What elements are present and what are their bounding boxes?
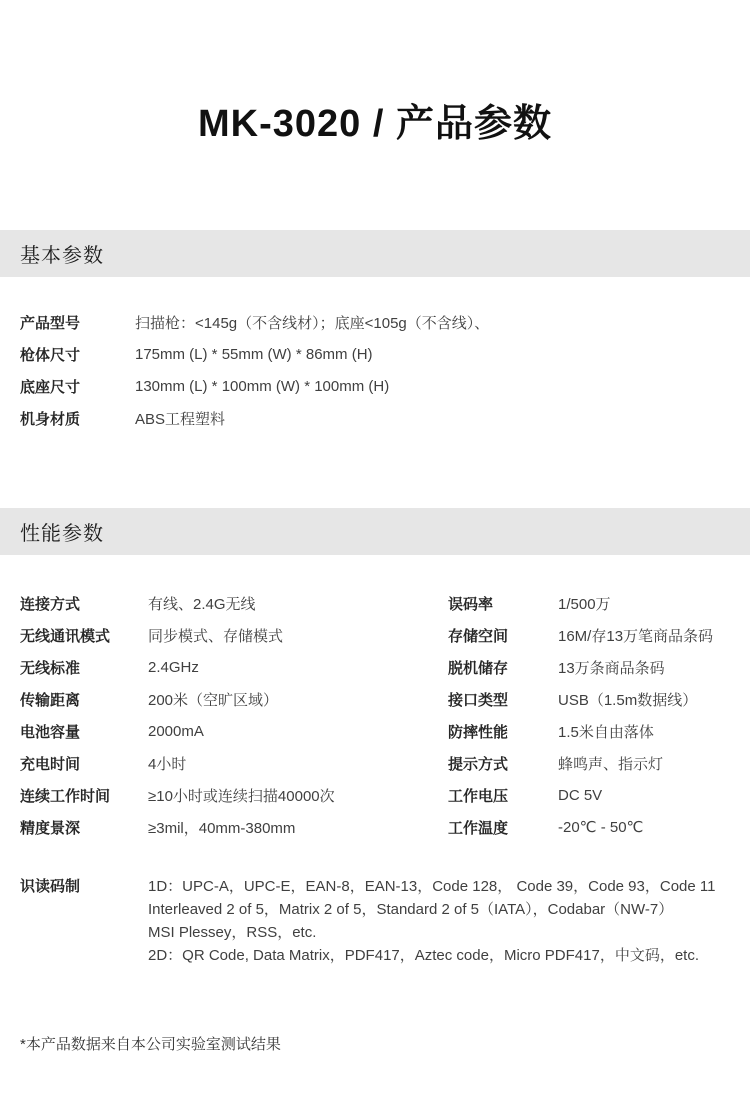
table-row: 产品型号 扫描枪：<145g（不含线材）；底座<105g（不含线）、 xyxy=(0,306,750,338)
spec-label: 接口类型 xyxy=(448,689,558,710)
spec-value: ABS工程塑料 xyxy=(135,408,225,429)
spec-label: 枪体尺寸 xyxy=(20,344,135,365)
spec-value: -20℃ - 50℃ xyxy=(558,818,643,836)
table-row: 接口类型 USB（1.5m数据线） xyxy=(428,683,750,715)
table-row: 枪体尺寸 175mm (L) * 55mm (W) * 86mm (H) xyxy=(0,338,750,370)
table-row: 工作电压 DC 5V xyxy=(428,779,750,811)
spec-label: 提示方式 xyxy=(448,753,558,774)
footnote: *本产品数据来自本公司实验室测试结果 xyxy=(20,1033,750,1054)
codes-line-1d-continued: Interleaved 2 of 5，Matrix 2 of 5，Standar… xyxy=(148,898,750,921)
spec-value: 1.5米自由落体 xyxy=(558,721,654,742)
spec-label: 底座尺寸 xyxy=(20,376,135,397)
table-row: 机身材质 ABS工程塑料 xyxy=(0,402,750,434)
spec-label: 精度景深 xyxy=(20,817,148,838)
codes-line-2d: 2D：QR Code, Data Matrix，PDF417，Aztec cod… xyxy=(148,944,750,967)
spec-value: 蜂鸣声、指示灯 xyxy=(558,753,663,774)
spec-label: 机身材质 xyxy=(20,408,135,429)
spec-label: 防摔性能 xyxy=(448,721,558,742)
spec-value: 200米（空旷区域） xyxy=(148,689,278,710)
spec-value: 16M/存13万笔商品条码 xyxy=(558,625,713,646)
spec-value: 有线、2.4G无线 xyxy=(148,593,256,614)
spec-label: 脱机储存 xyxy=(448,657,558,678)
spec-value: ≥3mil，40mm-380mm xyxy=(148,817,295,838)
spec-value: 175mm (L) * 55mm (W) * 86mm (H) xyxy=(135,346,373,363)
performance-spec-table: 连接方式 有线、2.4G无线 无线通讯模式 同步模式、存储模式 无线标准 2.4… xyxy=(0,587,750,843)
table-row: 存储空间 16M/存13万笔商品条码 xyxy=(428,619,750,651)
section-title-performance: 性能参数 xyxy=(20,517,104,546)
table-row: 连接方式 有线、2.4G无线 xyxy=(0,587,428,619)
spec-value: 130mm (L) * 100mm (W) * 100mm (H) xyxy=(135,378,389,395)
spec-label: 工作电压 xyxy=(448,785,558,806)
basic-spec-table: 产品型号 扫描枪：<145g（不含线材）；底座<105g（不含线）、 枪体尺寸 … xyxy=(0,306,750,434)
table-row: 底座尺寸 130mm (L) * 100mm (W) * 100mm (H) xyxy=(0,370,750,402)
spec-label: 连接方式 xyxy=(20,593,148,614)
codes-line-1d-continued-2: MSI Plessey，RSS，etc. xyxy=(148,921,750,944)
spec-label: 产品型号 xyxy=(20,312,135,333)
table-row: 连续工作时间 ≥10小时或连续扫描40000次 xyxy=(0,779,428,811)
barcode-symbologies-row: 识读码制 1D：UPC-A，UPC-E，EAN-8，EAN-13，Code 12… xyxy=(0,875,750,967)
table-row: 脱机储存 13万条商品条码 xyxy=(428,651,750,683)
spec-label: 无线通讯模式 xyxy=(20,625,148,646)
table-row: 工作温度 -20℃ - 50℃ xyxy=(428,811,750,843)
table-row: 传输距离 200米（空旷区域） xyxy=(0,683,428,715)
spec-value: 1/500万 xyxy=(558,593,611,614)
page-title: MK-3020 / 产品参数 xyxy=(0,0,750,149)
spec-label: 连续工作时间 xyxy=(20,785,148,806)
spec-value: 扫描枪：<145g（不含线材）；底座<105g（不含线）、 xyxy=(135,312,489,333)
spec-value: 同步模式、存储模式 xyxy=(148,625,283,646)
spec-value: 2.4GHz xyxy=(148,659,199,676)
product-spec-page: MK-3020 / 产品参数 基本参数 产品型号 扫描枪：<145g（不含线材）… xyxy=(0,0,750,1100)
table-row: 充电时间 4小时 xyxy=(0,747,428,779)
spec-label: 工作温度 xyxy=(448,817,558,838)
spec-value: DC 5V xyxy=(558,787,602,804)
spec-value: ≥10小时或连续扫描40000次 xyxy=(148,785,335,806)
spec-label: 充电时间 xyxy=(20,753,148,774)
spec-value: 13万条商品条码 xyxy=(558,657,665,678)
spec-label: 存储空间 xyxy=(448,625,558,646)
barcode-symbologies-value: 1D：UPC-A，UPC-E，EAN-8，EAN-13，Code 128， Co… xyxy=(148,875,750,967)
section-header-basic: 基本参数 xyxy=(0,230,750,277)
codes-line-1d: 1D：UPC-A，UPC-E，EAN-8，EAN-13，Code 128， Co… xyxy=(148,875,750,898)
table-row: 电池容量 2000mA xyxy=(0,715,428,747)
spec-value: USB（1.5m数据线） xyxy=(558,689,697,710)
spec-label: 电池容量 xyxy=(20,721,148,742)
table-row: 误码率 1/500万 xyxy=(428,587,750,619)
section-header-performance: 性能参数 xyxy=(0,508,750,555)
spec-label: 误码率 xyxy=(448,593,558,614)
performance-right-column: 误码率 1/500万 存储空间 16M/存13万笔商品条码 脱机储存 13万条商… xyxy=(428,587,750,843)
table-row: 精度景深 ≥3mil，40mm-380mm xyxy=(0,811,428,843)
table-row: 无线通讯模式 同步模式、存储模式 xyxy=(0,619,428,651)
spec-label: 识读码制 xyxy=(20,875,148,898)
spec-label: 无线标准 xyxy=(20,657,148,678)
spec-label: 传输距离 xyxy=(20,689,148,710)
spec-value: 2000mA xyxy=(148,723,204,740)
spec-value: 4小时 xyxy=(148,753,186,774)
table-row: 防摔性能 1.5米自由落体 xyxy=(428,715,750,747)
table-row: 无线标准 2.4GHz xyxy=(0,651,428,683)
section-title-basic: 基本参数 xyxy=(20,239,104,268)
table-row: 提示方式 蜂鸣声、指示灯 xyxy=(428,747,750,779)
performance-left-column: 连接方式 有线、2.4G无线 无线通讯模式 同步模式、存储模式 无线标准 2.4… xyxy=(0,587,428,843)
